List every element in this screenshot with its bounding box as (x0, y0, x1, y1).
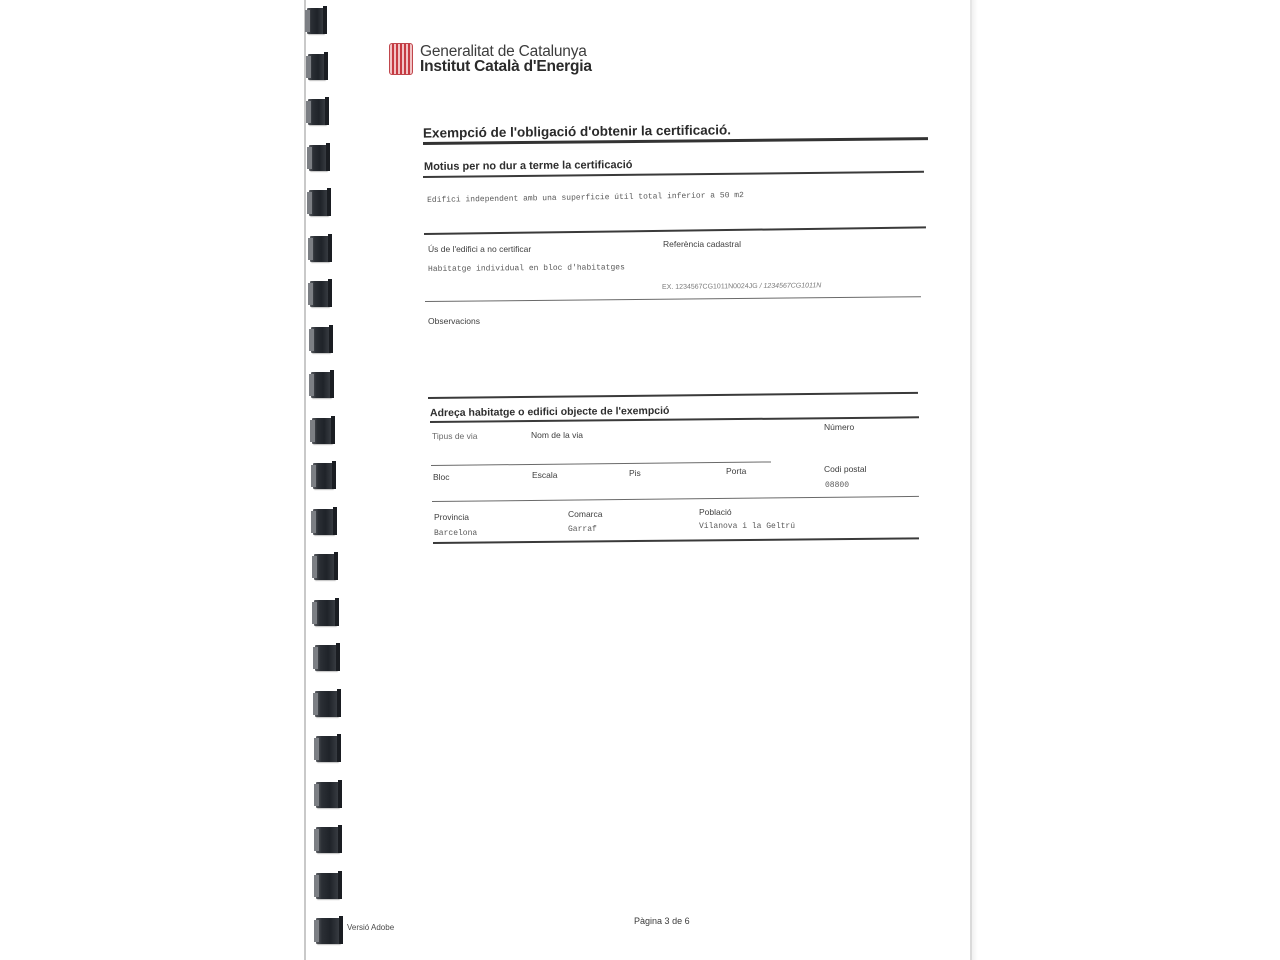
observations-label: Observacions (428, 316, 480, 326)
province-label: Provincia (434, 512, 469, 522)
town-value: Vilanova i la Geltrú (699, 522, 795, 531)
street-rule (431, 461, 771, 466)
reasons-bottom-rule (424, 226, 926, 235)
senyera-shield-icon (389, 43, 413, 75)
page-number: Pàgina 3 de 6 (634, 916, 690, 926)
door-label: Porta (726, 466, 746, 476)
version-label: Versió Adobe (347, 923, 394, 932)
building-rule (425, 296, 921, 302)
cadastral-label: Referència cadastral (663, 239, 741, 249)
block-rule (432, 496, 919, 502)
postal-code-label: Codi postal (824, 464, 867, 474)
page-total: 6 (685, 916, 690, 926)
reasons-value: Edifici independent amb una superficie ú… (427, 191, 744, 205)
observations-rule (428, 392, 918, 399)
page-label: Pàgina (634, 916, 662, 926)
cadastral-number: EX. 1234567CG1011N0024JG (662, 283, 758, 291)
postal-code-value: 08800 (825, 481, 849, 490)
cadastral-value: EX. 1234567CG1011N0024JG / 1234567CG1011… (662, 282, 821, 291)
reasons-heading: Motius per no dur a terme la certificaci… (424, 159, 633, 173)
cadastral-example: / 1234567CG1011N (760, 282, 822, 290)
address-heading: Adreça habitatge o edifici objecte de l'… (430, 405, 670, 419)
street-type-label: Tipus de via (432, 431, 478, 441)
town-label: Població (699, 507, 732, 517)
stair-label: Escala (532, 470, 558, 480)
province-value: Barcelona (434, 529, 477, 538)
institution-name: Generalitat de Catalunya Institut Català… (420, 44, 592, 74)
building-use-value: Habitatge individual en bloc d'habitatge… (428, 263, 625, 274)
institution-logo: Generalitat de Catalunya Institut Català… (389, 43, 592, 75)
street-name-label: Nom de la via (531, 430, 583, 440)
page-title: Exempció de l'obligació d'obtenir la cer… (423, 122, 731, 140)
org-line2: Institut Català d'Energia (420, 59, 592, 74)
location-rule (433, 537, 919, 544)
org-line1: Generalitat de Catalunya (420, 44, 592, 59)
county-value: Garraf (568, 525, 597, 534)
building-use-label: Ús de l'edifici a no certificar (428, 244, 531, 254)
page-of: de (672, 916, 682, 926)
number-label: Número (824, 422, 854, 432)
block-label: Bloc (433, 472, 450, 482)
floor-label: Pis (629, 468, 641, 478)
page-current: 3 (665, 916, 670, 926)
county-label: Comarca (568, 509, 602, 519)
document-page: Generalitat de Catalunya Institut Català… (0, 0, 1280, 960)
